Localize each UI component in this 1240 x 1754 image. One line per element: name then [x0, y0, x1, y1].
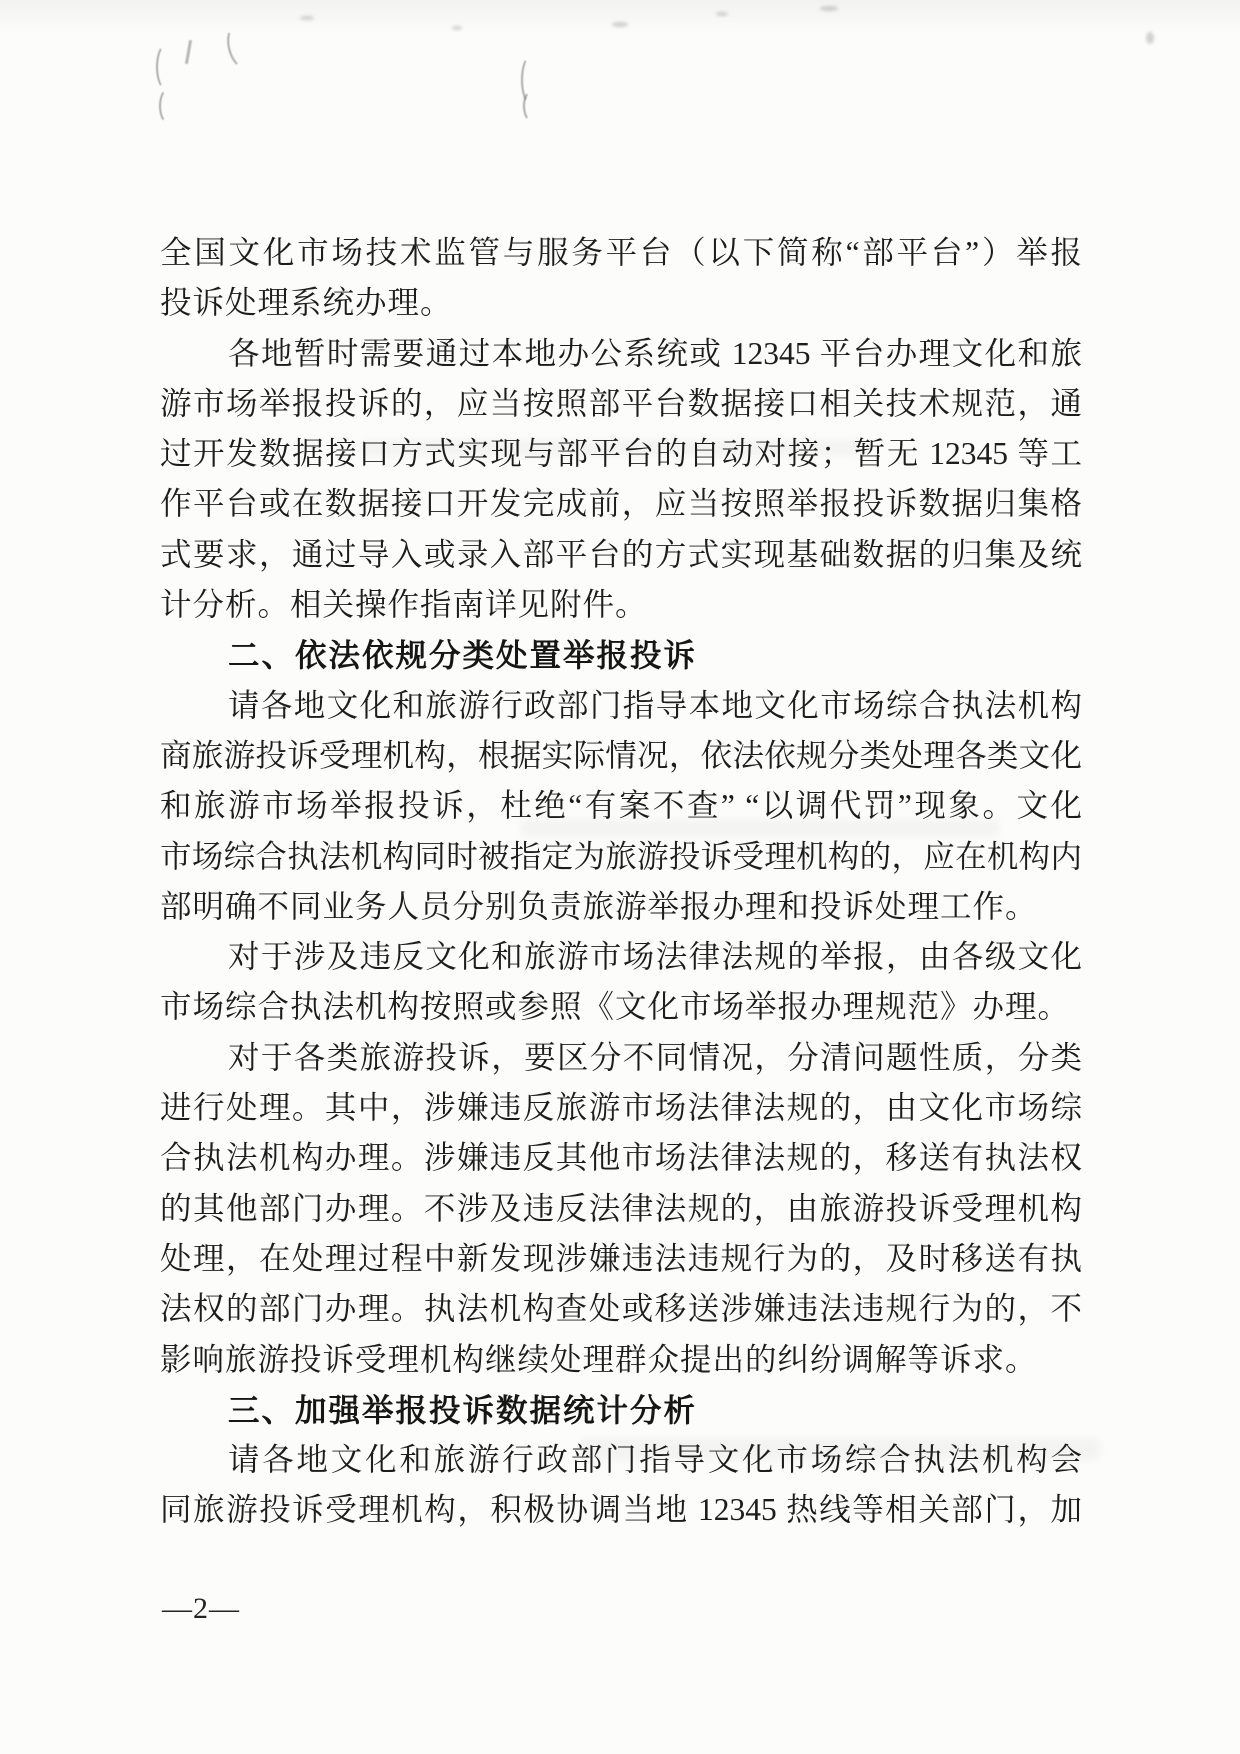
text-line: 商旅游投诉受理机构，根据实际情况，依法依规分类处理各类文化 [160, 731, 1082, 781]
scan-artifact-bracket [159, 88, 178, 124]
text-line: 部明确不同业务人员分别负责旅游举报办理和投诉处理工作。 [160, 882, 1082, 932]
scan-artifact-smudge [452, 26, 462, 30]
text-line: 请各地文化和旅游行政部门指导文化市场综合执法机构会 [160, 1435, 1082, 1485]
section-heading: 三、加强举报投诉数据统计分析 [160, 1385, 1082, 1435]
text-line: 法权的部门办理。执法机构查处或移送涉嫌违法违规行为的，不 [160, 1284, 1082, 1334]
text-line: 的其他部门办理。不涉及违反法律法规的，由旅游投诉受理机构 [160, 1184, 1082, 1234]
scan-artifact-smudge [1146, 32, 1154, 44]
text-line: 游市场举报投诉的，应当按照部平台数据接口相关技术规范，通 [160, 379, 1082, 429]
text-line: 市场综合执法机构按照或参照《文化市场举报办理规范》办理。 [160, 982, 1082, 1032]
scan-artifact-smudge [612, 22, 628, 27]
text-line: 进行处理。其中，涉嫌违反旅游市场法律法规的，由文化市场综 [160, 1083, 1082, 1133]
text-line: 计分析。相关操作指南详见附件。 [160, 580, 1082, 630]
scan-artifact-smudge [300, 16, 314, 20]
text-line: 过开发数据接口方式实现与部平台的自动对接；暂无 12345 等工 [160, 429, 1082, 479]
text-line: 作平台或在数据接口开发完成前，应当按照举报投诉数据归集格 [160, 479, 1082, 529]
scan-artifact-paren [523, 90, 541, 122]
text-line: 式要求，通过导入或录入部平台的方式实现基础数据的归集及统 [160, 530, 1082, 580]
text-line: 影响旅游投诉受理机构继续处理群众提出的纠纷调解等诉求。 [160, 1335, 1082, 1385]
text-line: 市场综合执法机构同时被指定为旅游投诉受理机构的，应在机构内 [160, 832, 1082, 882]
text-line: 各地暂时需要通过本地办公系统或 12345 平台办理文化和旅 [160, 329, 1082, 379]
section-heading: 二、依法依规分类处置举报投诉 [160, 630, 1082, 680]
scan-artifact-bracket [156, 44, 176, 90]
text-line: 同旅游投诉受理机构，积极协调当地 12345 热线等相关部门，加 [160, 1485, 1082, 1535]
text-line: 和旅游市场举报投诉，杜绝“有案不查” “以调代罚”现象。文化 [160, 781, 1082, 831]
text-line: 投诉处理系统办理。 [160, 278, 1082, 328]
text-line: 请各地文化和旅游行政部门指导本地文化市场综合执法机构 [160, 681, 1082, 731]
text-line: 处理，在处理过程中新发现涉嫌违法违规行为的，及时移送有执 [160, 1234, 1082, 1284]
document-body: 全国文化市场技术监管与服务平台（以下简称“部平台”）举报投诉处理系统办理。各地暂… [160, 228, 1082, 1536]
scan-artifact-curl [223, 24, 255, 70]
document-page: 全国文化市场技术监管与服务平台（以下简称“部平台”）举报投诉处理系统办理。各地暂… [0, 0, 1240, 1754]
scan-artifact-smudge [716, 12, 728, 16]
text-line: 对于各类旅游投诉，要区分不同情况，分清问题性质，分类 [160, 1033, 1082, 1083]
text-line: 全国文化市场技术监管与服务平台（以下简称“部平台”）举报 [160, 228, 1082, 278]
scan-artifact-smudge [820, 6, 838, 11]
text-line: 合执法机构办理。涉嫌违反其他市场法律法规的，移送有执法权 [160, 1133, 1082, 1183]
text-line: 对于涉及违反文化和旅游市场法律法规的举报，由各级文化 [160, 932, 1082, 982]
scan-artifact-tick [185, 40, 192, 64]
page-number: —2— [162, 1592, 240, 1626]
